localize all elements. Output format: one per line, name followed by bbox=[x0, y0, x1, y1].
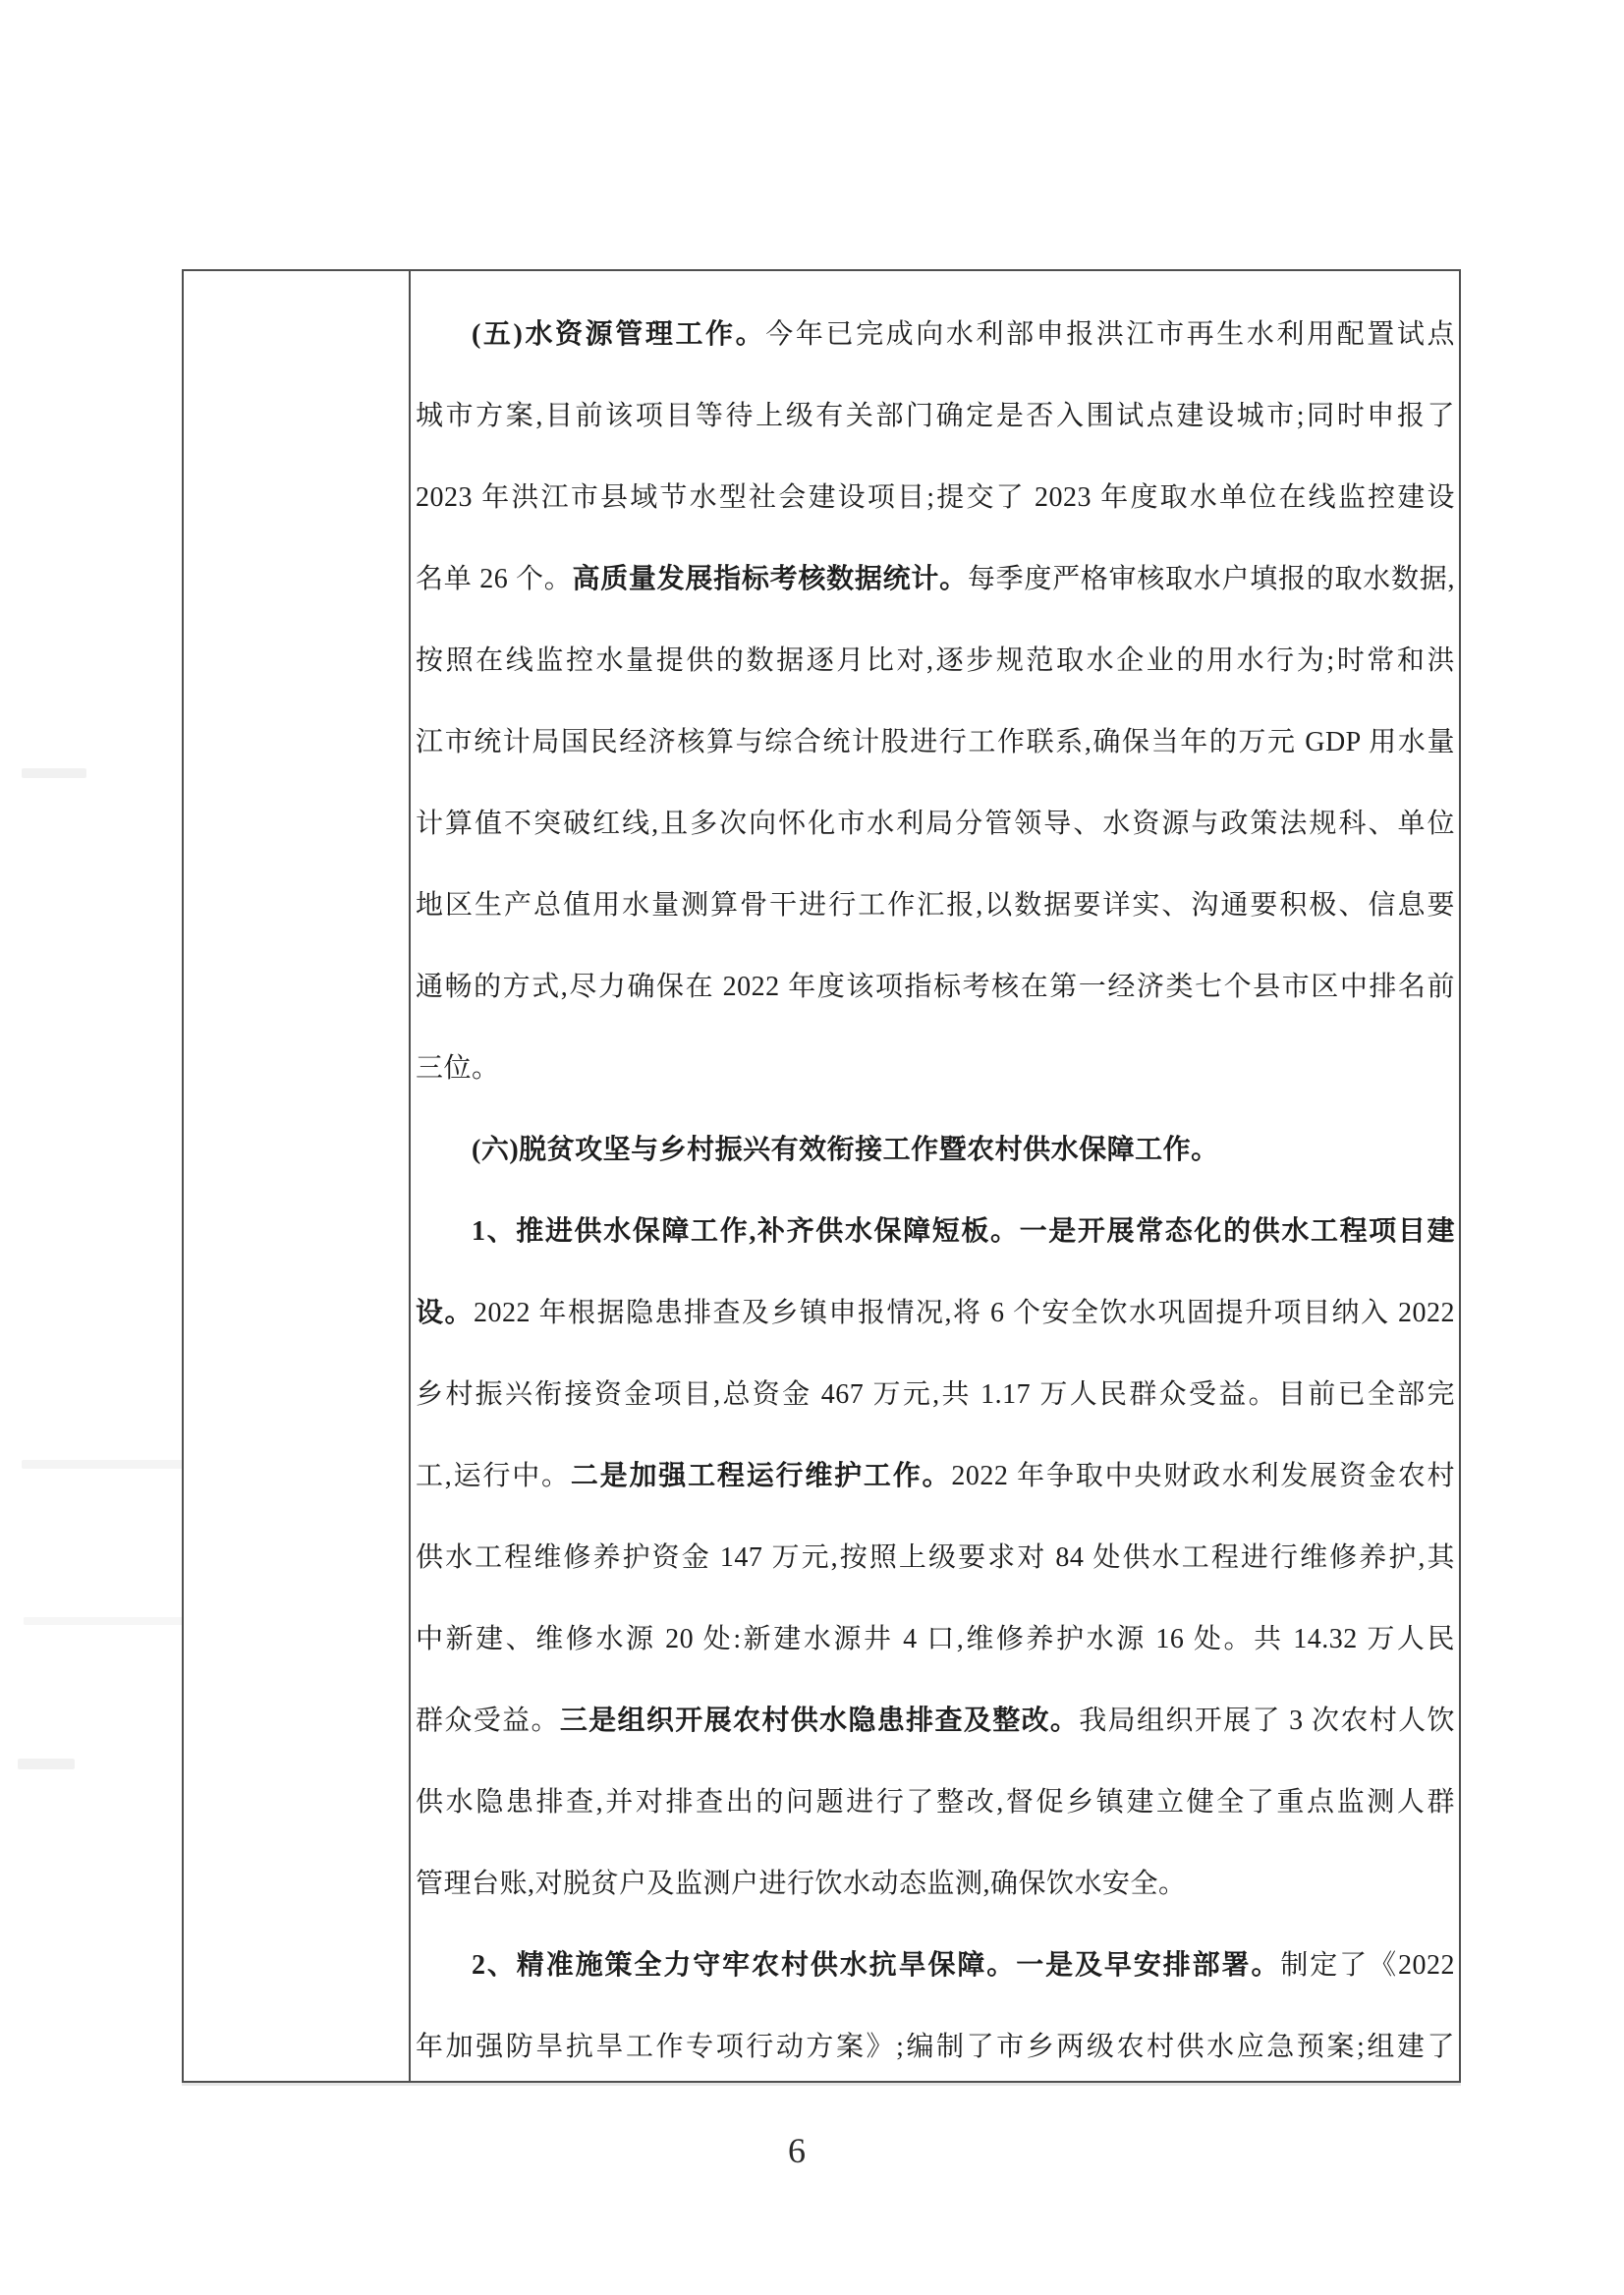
text-segment: 供水隐患排查,并对排查出的问题进行了整改,督促乡镇建立健全了重点监测人群 bbox=[416, 1787, 1455, 1818]
page-number: 6 bbox=[788, 2131, 806, 2170]
text-segment: 我局组织开展了 3 次农村人饮 bbox=[1079, 1706, 1455, 1736]
page: (五)水资源管理工作。今年已完成向水利部申报洪江市再生水利用配置试点城市方案,目… bbox=[0, 0, 1624, 2295]
text-segment: 地区生产总值用水量测算骨干进行工作汇报,以数据要详实、沟通要积极、信息要 bbox=[416, 890, 1455, 921]
page-footer: 6 bbox=[157, 2130, 1436, 2171]
text-line: 管理台账,对脱贫户及监测户进行饮水动态监测,确保饮水安全。 bbox=[416, 1843, 1455, 1925]
text-segment: 按照在线监控水量提供的数据逐月比对,逐步规范取水企业的用水行为;时常和洪 bbox=[416, 645, 1455, 676]
bold-text-segment: 设。 bbox=[416, 1298, 474, 1328]
text-segment: 管理台账,对脱贫户及监测户进行饮水动态监测,确保饮水安全。 bbox=[416, 1869, 1187, 1899]
text-segment: 名单 26 个。 bbox=[416, 564, 572, 594]
text-segment: 年加强防旱抗旱工作专项行动方案》;编制了市乡两级农村供水应急预案;组建了 bbox=[416, 2032, 1455, 2062]
text-line: 地区生产总值用水量测算骨干进行工作汇报,以数据要详实、沟通要积极、信息要 bbox=[416, 865, 1455, 946]
text-segment: 2023 年洪江市县域节水型社会建设项目;提交了 2023 年度取水单位在线监控… bbox=[416, 482, 1455, 513]
text-segment: 今年已完成向水利部申报洪江市再生水利用配置试点 bbox=[765, 319, 1455, 350]
bold-text-segment: 高质量发展指标考核数据统计。 bbox=[572, 564, 967, 594]
text-line: 按照在线监控水量提供的数据逐月比对,逐步规范取水企业的用水行为;时常和洪 bbox=[416, 620, 1455, 701]
text-segment: 通畅的方式,尽力确保在 2022 年度该项指标考核在第一经济类七个县市区中排名前 bbox=[416, 972, 1455, 1002]
text-line: 城市方案,目前该项目等待上级有关部门确定是否入围试点建设城市;同时申报了 bbox=[416, 375, 1455, 457]
text-segment: 城市方案,目前该项目等待上级有关部门确定是否入围试点建设城市;同时申报了 bbox=[416, 401, 1455, 431]
text-line: 供水工程维修养护资金 147 万元,按照上级要求对 84 处供水工程进行维修养护… bbox=[416, 1517, 1455, 1598]
text-line: 2、精准施策全力守牢农村供水抗旱保障。一是及早安排部署。制定了《2022 bbox=[416, 1925, 1455, 2006]
text-line: 通畅的方式,尽力确保在 2022 年度该项指标考核在第一经济类七个县市区中排名前 bbox=[416, 946, 1455, 1028]
text-segment: 供水工程维修养护资金 147 万元,按照上级要求对 84 处供水工程进行维修养护… bbox=[416, 1542, 1455, 1573]
text-line: 工,运行中。二是加强工程运行维护工作。2022 年争取中央财政水利发展资金农村 bbox=[416, 1435, 1455, 1517]
text-segment: 工,运行中。 bbox=[416, 1461, 571, 1491]
text-line: 1、推进供水保障工作,补齐供水保障短板。一是开展常态化的供水工程项目建 bbox=[416, 1191, 1455, 1272]
bold-text-segment: 2、精准施策全力守牢农村供水抗旱保障。一是及早安排部署。 bbox=[472, 1950, 1280, 1981]
text-segment: 2022 年争取中央财政水利发展资金农村 bbox=[951, 1461, 1455, 1491]
text-line: (六)脱贫攻坚与乡村振兴有效衔接工作暨农村供水保障工作。 bbox=[416, 1109, 1455, 1191]
text-line: 群众受益。三是组织开展农村供水隐患排查及整改。我局组织开展了 3 次农村人饮 bbox=[416, 1680, 1455, 1762]
text-line: 江市统计局国民经济核算与综合统计股进行工作联系,确保当年的万元 GDP 用水量 bbox=[416, 701, 1455, 783]
text-segment: 2022 年根据隐患排查及乡镇申报情况,将 6 个安全饮水巩固提升项目纳入 20… bbox=[474, 1298, 1455, 1328]
text-segment: 制定了《2022 bbox=[1280, 1950, 1455, 1981]
text-segment: 乡村振兴衔接资金项目,总资金 467 万元,共 1.17 万人民群众受益。目前已… bbox=[416, 1379, 1455, 1410]
bold-text-segment: 1、推进供水保障工作,补齐供水保障短板。一是开展常态化的供水工程项目建 bbox=[472, 1216, 1455, 1247]
content-table: (五)水资源管理工作。今年已完成向水利部申报洪江市再生水利用配置试点城市方案,目… bbox=[182, 269, 1461, 2083]
text-line: 2023 年洪江市县域节水型社会建设项目;提交了 2023 年度取水单位在线监控… bbox=[416, 457, 1455, 538]
bold-text-segment: (五)水资源管理工作。 bbox=[472, 319, 765, 350]
bold-text-segment: 二是加强工程运行维护工作。 bbox=[571, 1461, 952, 1491]
bold-text-segment: (六)脱贫攻坚与乡村振兴有效衔接工作暨农村供水保障工作。 bbox=[472, 1135, 1219, 1165]
content-cell: (五)水资源管理工作。今年已完成向水利部申报洪江市再生水利用配置试点城市方案,目… bbox=[411, 271, 1459, 2081]
text-line: 中新建、维修水源 20 处:新建水源井 4 口,维修养护水源 16 处。共 14… bbox=[416, 1598, 1455, 1680]
text-line: 设。2022 年根据隐患排查及乡镇申报情况,将 6 个安全饮水巩固提升项目纳入 … bbox=[416, 1272, 1455, 1354]
text-line: (五)水资源管理工作。今年已完成向水利部申报洪江市再生水利用配置试点 bbox=[416, 294, 1455, 375]
text-line: 名单 26 个。高质量发展指标考核数据统计。每季度严格审核取水户填报的取水数据, bbox=[416, 538, 1455, 620]
text-segment: 江市统计局国民经济核算与综合统计股进行工作联系,确保当年的万元 GDP 用水量 bbox=[416, 727, 1455, 757]
text-line: 年加强防旱抗旱工作专项行动方案》;编制了市乡两级农村供水应急预案;组建了 bbox=[416, 2006, 1455, 2081]
text-line: 供水隐患排查,并对排查出的问题进行了整改,督促乡镇建立健全了重点监测人群 bbox=[416, 1762, 1455, 1843]
document-lines: (五)水资源管理工作。今年已完成向水利部申报洪江市再生水利用配置试点城市方案,目… bbox=[416, 294, 1455, 2081]
text-line: 乡村振兴衔接资金项目,总资金 467 万元,共 1.17 万人民群众受益。目前已… bbox=[416, 1354, 1455, 1435]
text-segment: 计算值不突破红线,且多次向怀化市水利局分管领导、水资源与政策法规科、单位 bbox=[416, 809, 1455, 839]
text-segment: 三位。 bbox=[416, 1053, 500, 1084]
text-segment: 群众受益。 bbox=[416, 1706, 560, 1736]
text-line: 三位。 bbox=[416, 1028, 1455, 1109]
text-line: 计算值不突破红线,且多次向怀化市水利局分管领导、水资源与政策法规科、单位 bbox=[416, 783, 1455, 865]
scan-artifact bbox=[22, 768, 86, 778]
bold-text-segment: 三是组织开展农村供水隐患排查及整改。 bbox=[560, 1706, 1079, 1736]
label-column-cell bbox=[184, 271, 411, 2081]
text-segment: 中新建、维修水源 20 处:新建水源井 4 口,维修养护水源 16 处。共 14… bbox=[416, 1624, 1455, 1654]
scan-artifact bbox=[18, 1759, 75, 1769]
text-segment: 每季度严格审核取水户填报的取水数据, bbox=[968, 564, 1455, 594]
